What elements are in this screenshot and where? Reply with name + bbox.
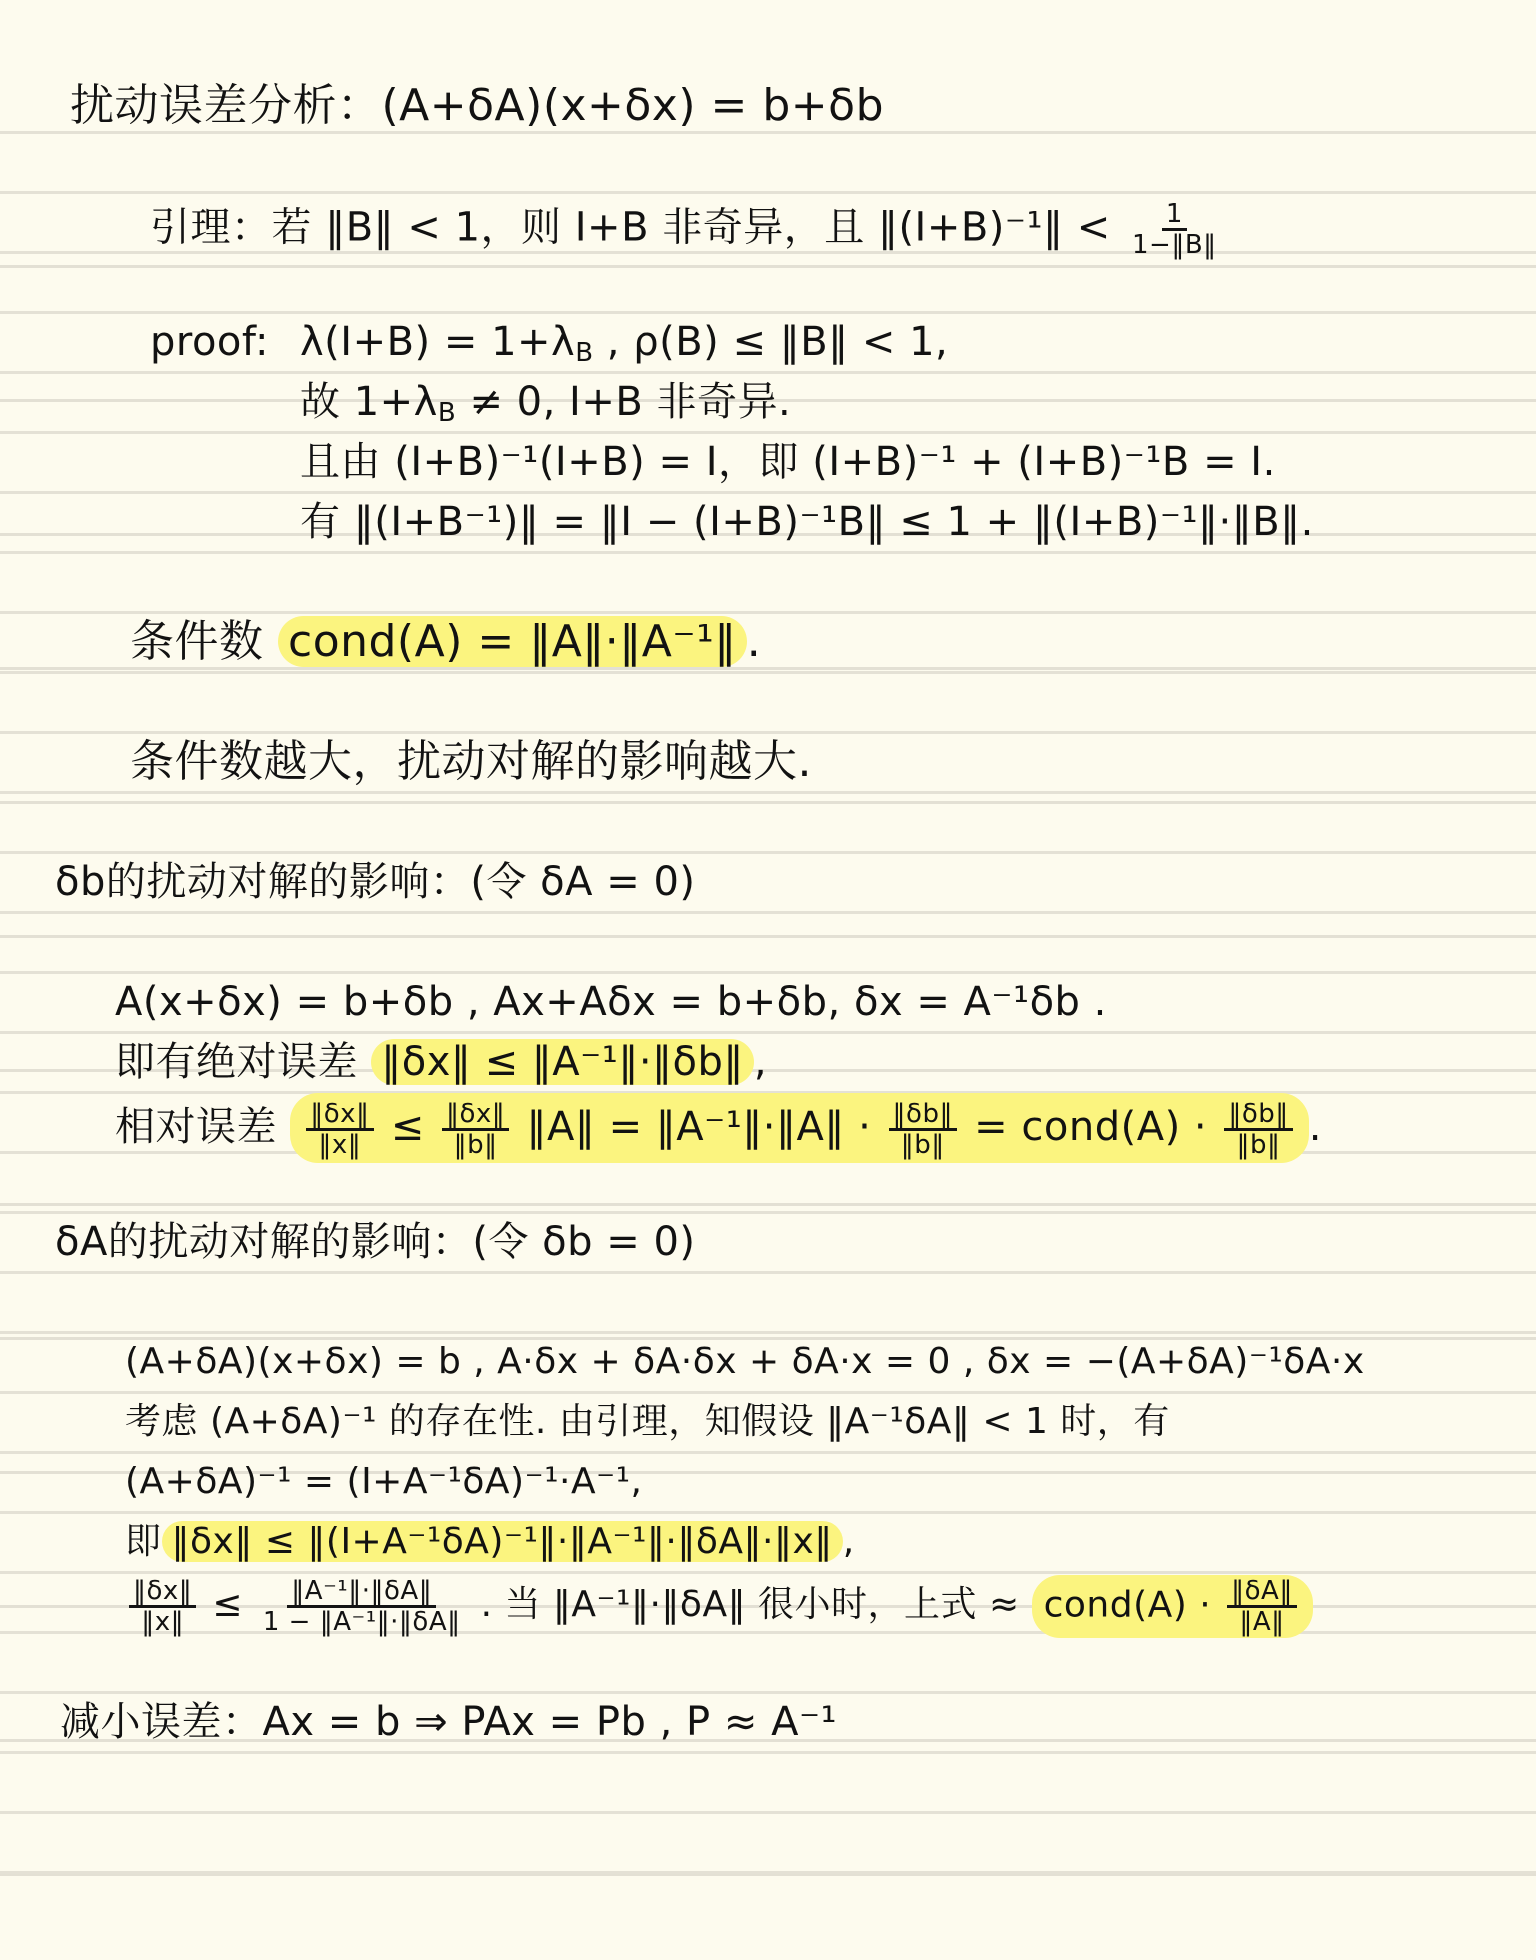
rule-line [0,731,1536,734]
punctuation: . [747,616,762,667]
rule-line [0,1811,1536,1814]
fraction-denominator: ‖x‖ [137,1608,188,1636]
proof-line-3: 且由 (I+B)⁻¹(I+B) = I，即 (I+B)⁻¹ + (I+B)⁻¹B… [300,438,1276,486]
fraction-denominator: 1 − ‖A⁻¹‖·‖δA‖ [259,1608,465,1636]
fraction: ‖δx‖‖x‖ [306,1100,373,1159]
fraction: ‖δx‖‖x‖ [129,1577,196,1636]
rule-line [0,551,1536,554]
formula-text: = cond(A) · [974,1104,1207,1150]
fraction-denominator: ‖b‖ [1233,1131,1285,1159]
rule-line [0,911,1536,914]
highlighted-formula: ‖δx‖‖x‖ ≤ ‖δx‖‖b‖ ‖A‖ = ‖A⁻¹‖·‖A‖ · ‖δb‖… [290,1093,1309,1163]
db-relative-error: 相对误差 ‖δx‖‖x‖ ≤ ‖δx‖‖b‖ ‖A‖ = ‖A⁻¹‖·‖A‖ ·… [115,1092,1322,1162]
subscript: B [438,398,456,428]
fraction: ‖δA‖‖A‖ [1227,1577,1297,1636]
reduce-error-note: 减小误差：Ax = b ⇒ PAx = Pb , P ≈ A⁻¹ [60,1698,837,1746]
rule-line [0,611,1536,614]
operator: ≤ [212,1584,243,1625]
rule-line [0,1331,1536,1334]
fraction: ‖A⁻¹‖·‖δA‖1 − ‖A⁻¹‖·‖δA‖ [259,1577,465,1636]
rule-line [0,251,1536,254]
proof-label: proof: [150,318,269,366]
dA-inverse: (A+δA)⁻¹ = (I+A⁻¹δA)⁻¹·A⁻¹, [125,1458,642,1506]
rule-line [0,1871,1536,1874]
fraction-denominator: ‖A‖ [1235,1608,1288,1636]
fraction: ‖δb‖‖b‖ [1224,1100,1292,1159]
rule-line [0,191,1536,194]
dA-relative-bound: ‖δx‖‖x‖ ≤ ‖A⁻¹‖·‖δA‖1 − ‖A⁻¹‖·‖δA‖ . 当 ‖… [125,1570,1313,1640]
punctuation: , [754,1039,767,1085]
highlighted-formula: ‖δx‖ ≤ ‖A⁻¹‖·‖δb‖ [371,1039,754,1085]
fraction: ‖δb‖‖b‖ [889,1100,957,1159]
rule-line [0,1691,1536,1694]
rule-line [0,1511,1536,1514]
fraction-denominator: ‖b‖ [897,1131,949,1159]
lemma-text: 引理：若 ‖B‖ < 1，则 I+B 非奇异，且 ‖(I+B)⁻¹‖ < [150,205,1111,251]
label: 相对误差 [115,1104,277,1150]
punctuation: . [1309,1104,1322,1150]
fraction-denominator: ‖b‖ [450,1131,502,1159]
proof-text: ≠ 0, I+B 非奇异. [456,379,791,425]
lemma-fraction: 1 1−‖B‖ [1128,200,1221,259]
rule-line [0,1211,1536,1214]
db-derivation: A(x+δx) = b+δb , Ax+Aδx = b+δb, δx = A⁻¹… [115,978,1107,1026]
rule-line [0,1271,1536,1274]
label: 即有绝对误差 [115,1039,358,1085]
proof-line-4: 有 ‖(I+B⁻¹)‖ = ‖I − (I+B)⁻¹B‖ ≤ 1 + ‖(I+B… [300,498,1314,546]
rule-line [0,131,1536,134]
rule-line [0,971,1536,974]
fraction-numerator: ‖A⁻¹‖·‖δA‖ [287,1577,436,1608]
rule-line [0,1751,1536,1754]
fraction-numerator: ‖δx‖ [442,1100,509,1131]
operator: ≤ [391,1104,425,1150]
proof-text: 故 1+λ [300,379,438,425]
rule-line [0,311,1536,314]
subscript: B [575,338,593,368]
rule-line [0,791,1536,794]
dA-bound: 即‖δx‖ ≤ ‖(I+A⁻¹δA)⁻¹‖·‖A⁻¹‖·‖δA‖·‖x‖, [125,1518,855,1566]
page-title: 扰动误差分析：(A+δA)(x+δx) = b+δb [70,82,884,130]
dA-derivation: (A+δA)(x+δx) = b , A·δx + δA·δx + δA·x =… [125,1338,1365,1386]
lemma: 引理：若 ‖B‖ < 1，则 I+B 非奇异，且 ‖(I+B)⁻¹‖ < 1 1… [150,200,1225,248]
condition-number-remark: 条件数越大，扰动对解的影响越大. [130,738,812,786]
rule-line [0,1391,1536,1394]
punctuation: , [843,1521,855,1562]
formula-text: cond(A) · [1044,1584,1212,1625]
rule-line [0,1031,1536,1034]
db-absolute-error: 即有绝对误差 ‖δx‖ ≤ ‖A⁻¹‖·‖δb‖, [115,1038,767,1086]
fraction-numerator: ‖δx‖ [306,1100,373,1131]
section-heading-db: δb的扰动对解的影响：(令 δA = 0) [55,858,696,906]
proof-line-1: λ(I+B) = 1+λB , ρ(B) ≤ ‖B‖ < 1, [300,318,948,366]
label: 即 [125,1521,162,1562]
rule-line [0,431,1536,434]
rule-line [0,671,1536,674]
fraction-numerator: 1 [1162,200,1187,231]
rule-line [0,1451,1536,1454]
formula-text: . 当 ‖A⁻¹‖·‖δA‖ 很小时，上式 ≈ [481,1584,1020,1625]
condition-number-label: 条件数 [130,616,264,667]
fraction-numerator: ‖δb‖ [1224,1100,1292,1131]
rule-line [0,851,1536,854]
dA-existence: 考虑 (A+δA)⁻¹ 的存在性. 由引理，知假设 ‖A⁻¹δA‖ < 1 时，… [125,1398,1170,1446]
proof-line-2: 故 1+λB ≠ 0, I+B 非奇异. [300,378,791,426]
fraction-numerator: ‖δA‖ [1227,1577,1297,1608]
section-heading-dA: δA的扰动对解的影响：(令 δb = 0) [55,1218,696,1266]
rule-line [0,491,1536,494]
fraction-denominator: ‖x‖ [314,1131,365,1159]
fraction-denominator: 1−‖B‖ [1128,231,1221,259]
highlighted-formula: cond(A) = ‖A‖·‖A⁻¹‖ [278,616,747,667]
fraction-numerator: ‖δx‖ [129,1577,196,1608]
highlighted-formula: cond(A) · ‖δA‖‖A‖ [1032,1575,1313,1638]
highlighted-formula: ‖δx‖ ≤ ‖(I+A⁻¹δA)⁻¹‖·‖A⁻¹‖·‖δA‖·‖x‖ [162,1521,843,1562]
fraction-numerator: ‖δb‖ [889,1100,957,1131]
proof-text: λ(I+B) = 1+λ [300,319,575,365]
rule-line [0,371,1536,374]
fraction: ‖δx‖‖b‖ [442,1100,509,1159]
formula-text: ‖A‖ = ‖A⁻¹‖·‖A‖ · [526,1104,871,1150]
proof-text: , ρ(B) ≤ ‖B‖ < 1, [594,319,949,365]
condition-number-definition: 条件数 cond(A) = ‖A‖·‖A⁻¹‖. [130,618,761,666]
